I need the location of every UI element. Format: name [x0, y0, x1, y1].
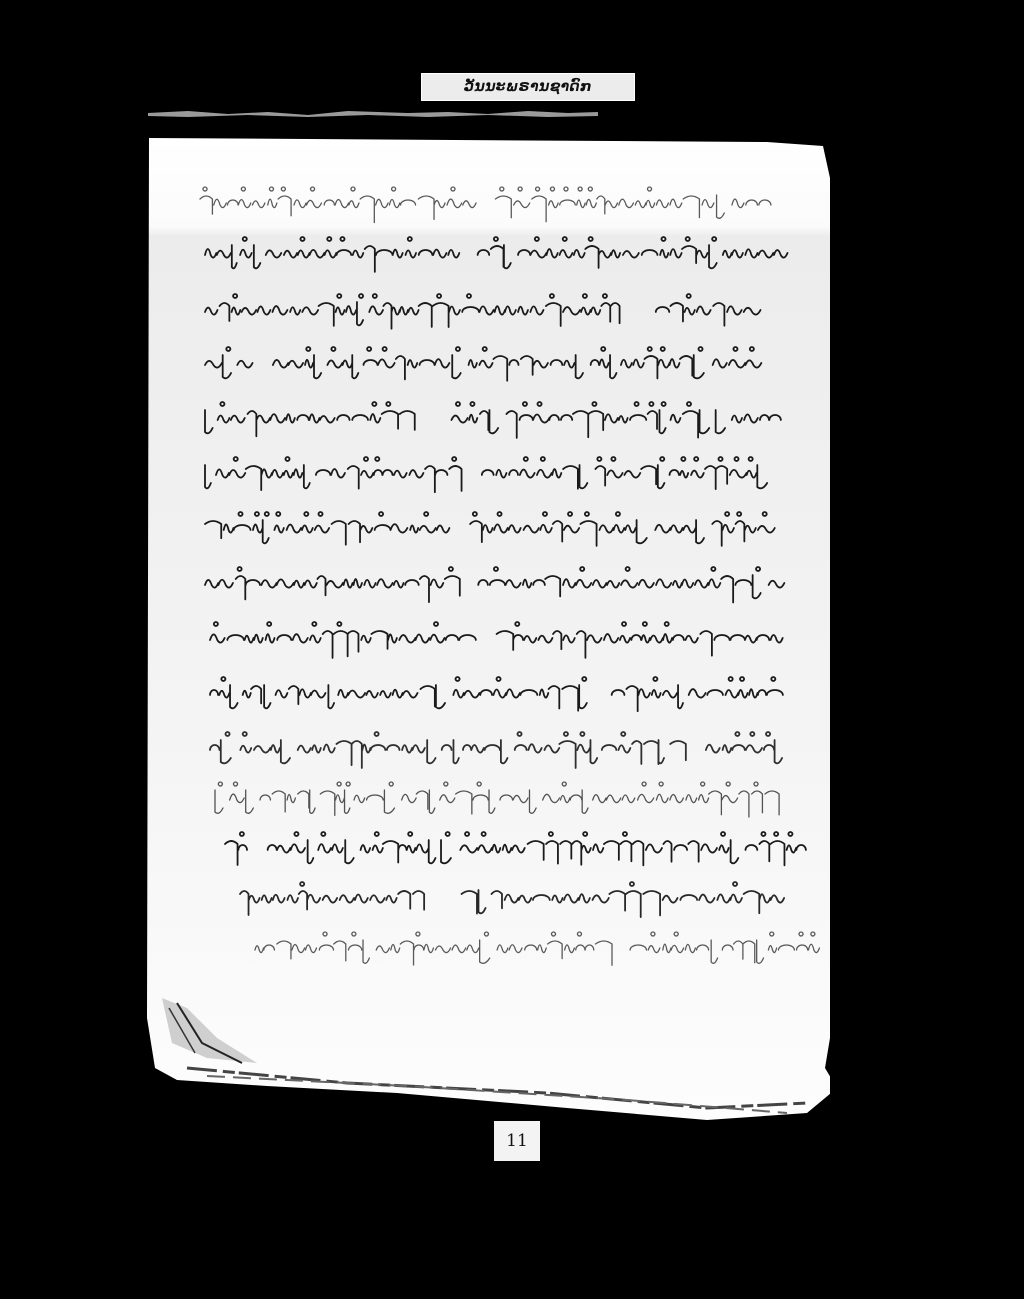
manuscript-line — [225, 832, 806, 865]
manuscript-line — [215, 782, 779, 817]
manuscript-line — [255, 932, 819, 965]
manuscript-line — [205, 237, 787, 272]
manuscript-page — [147, 138, 830, 1078]
book-title-label: ວັນນະພຣານຊາດົກ — [421, 73, 635, 101]
manuscript-line — [205, 402, 781, 438]
handwritten-text-lines — [147, 138, 830, 1128]
manuscript-line — [205, 512, 775, 546]
manuscript-line — [205, 457, 767, 492]
manuscript-line — [205, 567, 784, 602]
manuscript-line — [210, 677, 783, 711]
manuscript-line — [210, 622, 783, 658]
manuscript-line — [240, 882, 784, 917]
manuscript-line — [205, 294, 761, 329]
manuscript-line — [205, 347, 761, 381]
manuscript-line — [210, 732, 782, 768]
page-number-box: 11 — [494, 1121, 540, 1161]
torn-paper-strip — [148, 108, 598, 118]
book-title: ວັນນະພຣານຊາດົກ — [464, 79, 592, 95]
manuscript-line — [200, 187, 771, 223]
page-number: 11 — [506, 1131, 528, 1151]
